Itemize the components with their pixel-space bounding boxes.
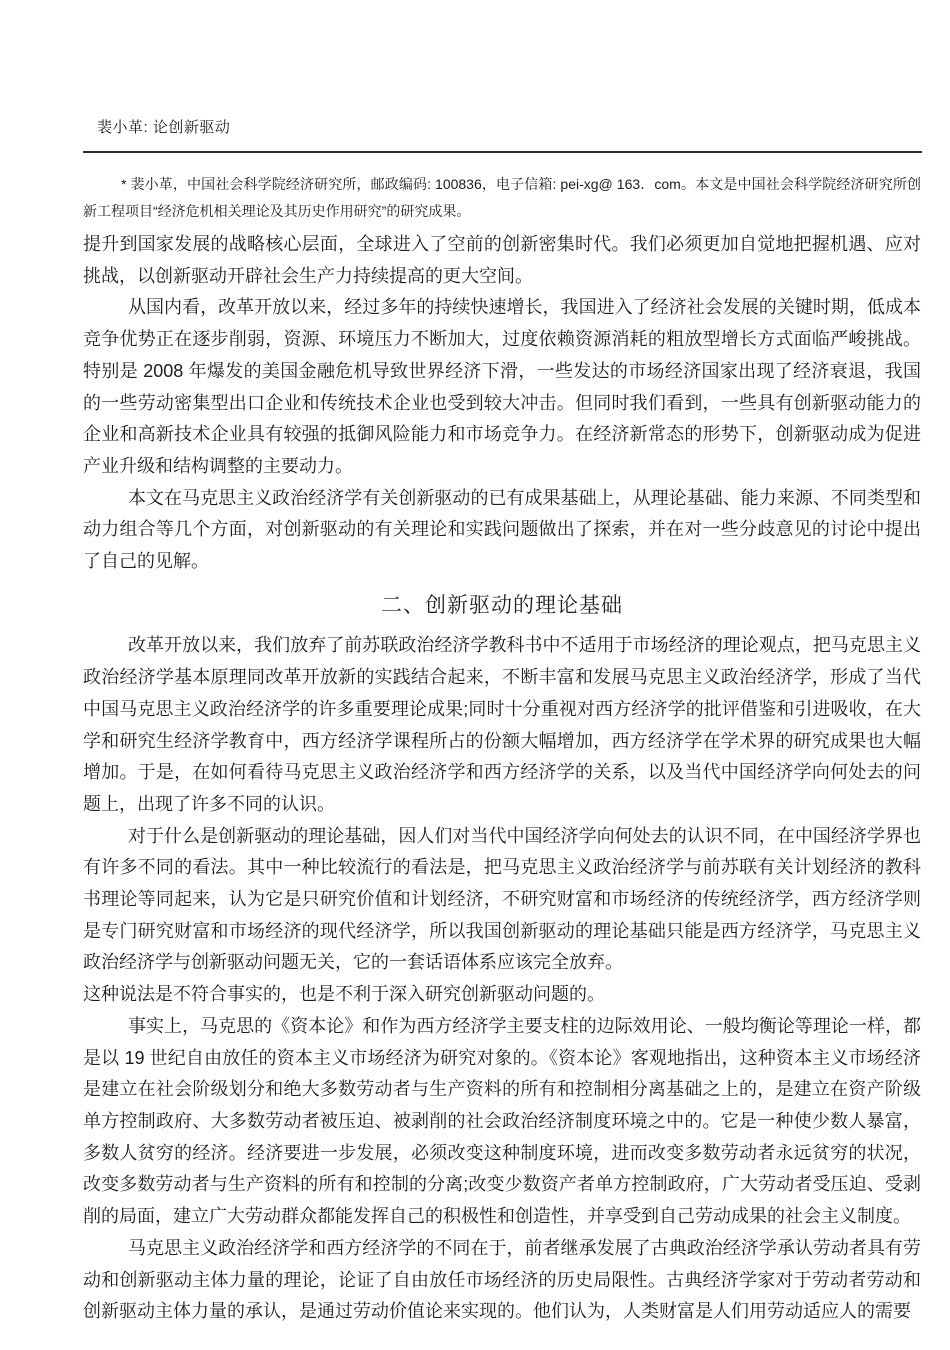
document-body: 提升到国家发展的战略核心层面，全球进入了空前的创新密集时代。我们必须更加自觉地把… [83, 229, 921, 1328]
body-paragraph: 事实上，马克思的《资本论》和作为西方经济学主要支柱的边际效用论、一般均衡论等理论… [83, 1011, 921, 1233]
footnote-text: * 裴小革，中国社会科学院经济研究所，邮政编码: 100836，电子信箱: pe… [83, 171, 921, 224]
body-paragraph: 马克思主义政治经济学和西方经济学的不同在于，前者继承发展了古典政治经济学承认劳动… [83, 1233, 921, 1328]
body-paragraph: 这种说法是不符合事实的，也是不利于深入研究创新驱动问题的。 [83, 979, 921, 1011]
body-paragraph: 改革开放以来，我们放弃了前苏联政治经济学教科书中不适用于市场经济的理论观点，把马… [83, 630, 921, 820]
body-paragraph: 提升到国家发展的战略核心层面，全球进入了空前的创新密集时代。我们必须更加自觉地把… [83, 229, 921, 292]
body-paragraph: 对于什么是创新驱动的理论基础，因人们对当代中国经济学向何处去的认识不同，在中国经… [83, 821, 921, 980]
document-page: 裴小革: 论创新驱动 * 裴小革，中国社会科学院经济研究所，邮政编码: 1008… [0, 0, 950, 1350]
section-heading: 二、创新驱动的理论基础 [83, 590, 921, 622]
running-header: 裴小革: 论创新驱动 [97, 116, 230, 137]
body-paragraph: 本文在马克思主义政治经济学有关创新驱动的已有成果基础上，从理论基础、能力来源、不… [83, 483, 921, 578]
body-paragraph: 从国内看，改革开放以来，经过多年的持续快速增长，我国进入了经济社会发展的关键时期… [83, 292, 921, 482]
header-rule [83, 151, 922, 153]
